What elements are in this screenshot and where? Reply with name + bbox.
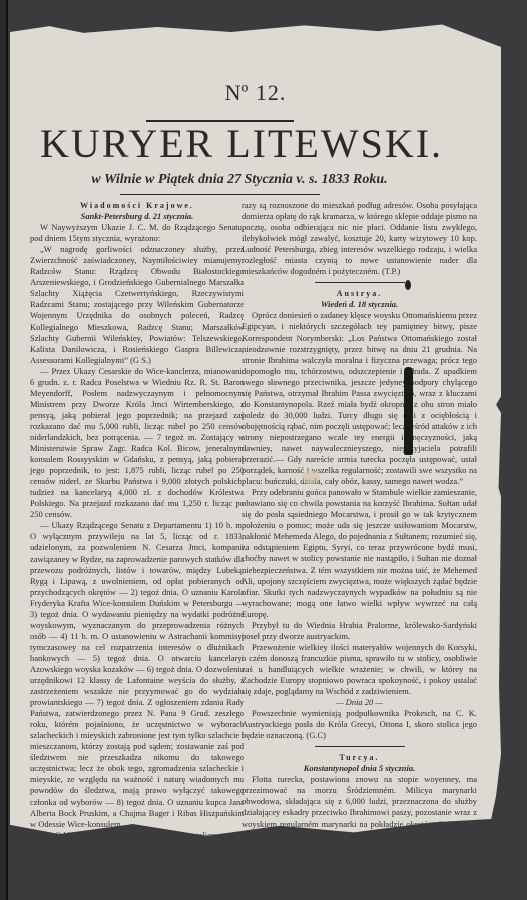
section-heading-domestic: Wiadomości Krajowe.: [30, 200, 244, 211]
ink-blot: [405, 280, 411, 290]
article-paragraph: Flotta turecka, postawiona znowu na stop…: [242, 774, 477, 840]
issue-number: Nº 12.: [10, 80, 501, 106]
paper-stain: [302, 470, 320, 484]
section-divider: [315, 746, 405, 747]
scanner-edge-line: [6, 0, 8, 900]
section-heading-turkey: Turcya.: [242, 752, 477, 763]
left-column: Wiadomości Krajowe. Sankt-Petersburg d. …: [30, 200, 244, 900]
dateline-day-20: — Dnia 20 —: [242, 697, 477, 708]
article-paragraph: Przybył tu do Wiednia Hrabia Pralorme, k…: [242, 620, 477, 642]
section-divider: [315, 282, 405, 283]
article-paragraph: Przy odebraniu gońca panowało w Stambule…: [242, 487, 477, 620]
article-paragraph: „W nagrodę gorliwości odznaczoney służby…: [30, 244, 244, 366]
dateline-constantinople: Konstantynopol dnia 5 stycznia.: [242, 763, 477, 774]
newspaper-title: KURYER LITEWSKI.: [0, 120, 487, 167]
newspaper-page: Nº 12. KURYER LITEWSKI. w Wilnie w Piąte…: [10, 22, 501, 854]
article-paragraph: — Przez Ukazy Cesarskie do Wice-kanclerz…: [30, 366, 244, 521]
article-paragraph: — Ukazy Rządzącego Senatu z Departamentu…: [30, 520, 244, 829]
dateline-vienna: Wiedeń d. 18 stycznia.: [242, 299, 477, 310]
article-paragraph: W Naywyższym Ukazie J. C. M. do Rządzące…: [30, 222, 244, 244]
issue-dateline: w Wilnie w Piątek dnia 27 Stycznia v. s.…: [0, 172, 485, 188]
ink-stain: [404, 367, 413, 455]
section-heading-austria: Austrya.: [242, 288, 477, 299]
article-paragraph: Oprócz doniesień o zadaney klęsce woysku…: [242, 310, 477, 487]
article-paragraph: Przewożenie wielkiey ilości materyałów w…: [242, 642, 477, 697]
article-paragraph: razy są roznoszone do mieszkań podług ad…: [242, 200, 477, 277]
article-paragraph: — Oddawna oczekiwana w tuteyszey stolicy…: [30, 830, 244, 900]
dateline-petersburg: Sankt-Petersburg d. 21 stycznia.: [30, 211, 244, 222]
article-paragraph: Powszechnie wymieniają podpułkownika Pro…: [242, 708, 477, 741]
right-column: razy są roznoszone do mieszkań podług ad…: [242, 200, 477, 841]
masthead-rule-bottom: [120, 194, 320, 195]
